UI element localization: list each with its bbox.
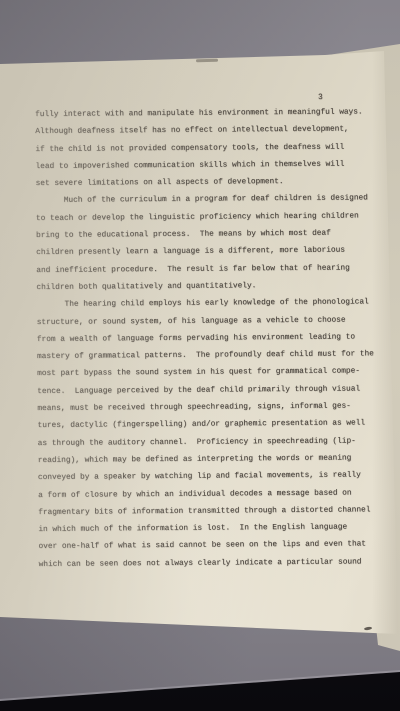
- text-line: to teach or develop the linguistic profi…: [36, 208, 391, 228]
- text-line: conveyed by a speaker by watching lip an…: [38, 467, 393, 487]
- text-line: Although deafness itself has no effect o…: [35, 122, 390, 142]
- page-number: 3: [318, 90, 323, 106]
- paper-speck: [364, 626, 372, 630]
- text-line: and inefficient procedure. The result is…: [36, 260, 391, 280]
- text-line: lead to impoverished communication skill…: [35, 156, 390, 176]
- paragraph: The hearing child employs his early know…: [36, 294, 393, 574]
- typed-text-block: fully interact with and manipulate his e…: [35, 104, 394, 574]
- paragraph: Much of the curriculum in a program for …: [36, 191, 392, 298]
- photo-frame: 3 fully interact with and manipulate his…: [0, 0, 400, 711]
- document-page: 3 fully interact with and manipulate his…: [0, 0, 400, 711]
- paper-speck: [196, 59, 218, 62]
- text-line: which can be seen does not always clearl…: [39, 554, 394, 574]
- paragraph: fully interact with and manipulate his e…: [35, 104, 391, 193]
- text-line: The hearing child employs his early know…: [36, 294, 391, 314]
